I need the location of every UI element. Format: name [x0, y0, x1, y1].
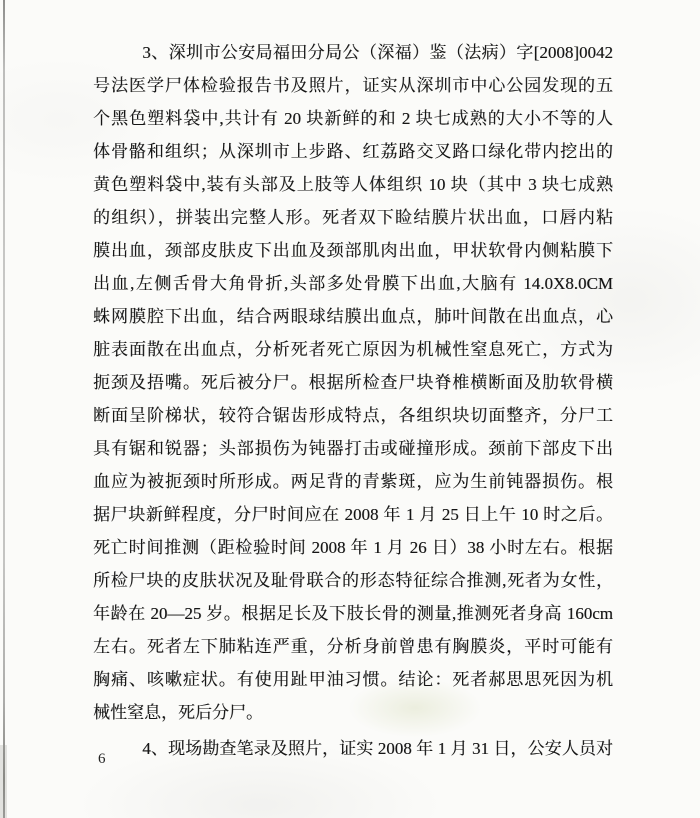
text-line: 出血,左侧舌骨大角骨折,头部多处骨膜下出血,大脑有 14.0X8.0CM [93, 267, 613, 300]
text-line: 左右。死者左下肺粘连严重，分析身前曾患有胸膜炎，平时可能有 [93, 630, 613, 663]
scan-edge-smudge [0, 745, 7, 818]
paragraph-item-3: 3、深圳市公安局福田分局公（深福）鉴（法病）字[2008]0042 号法医学尸体… [93, 36, 613, 729]
text-line: 4、现场勘查笔录及照片，证实 2008 年 1 月 31 日，公安人员对 [93, 732, 613, 765]
text-line: 血应为被扼颈时所形成。两足背的青紫斑，应为生前钝器损伤。根 [93, 465, 613, 498]
text-line: 的组织），拼装出完整人形。死者双下睑结膜片状出血，口唇内粘 [93, 201, 613, 234]
text-line: 脏表面散在出血点，分析死者死亡原因为机械性窒息死亡，方式为 [93, 333, 613, 366]
text-line: 断面呈阶梯状，较符合锯齿形成特点，各组织块切面整齐，分尸工 [93, 399, 613, 432]
text-line: 个黑色塑料袋中,共计有 20 块新鲜的和 2 块七成熟的大小不等的人 [93, 102, 613, 135]
text-line: 年龄在 20—25 岁。根据足长及下肢长骨的测量,推测死者身高 160cm [93, 597, 613, 630]
document-body: 3、深圳市公安局福田分局公（深福）鉴（法病）字[2008]0042 号法医学尸体… [93, 36, 613, 765]
scan-edge-line [3, 0, 5, 818]
text-line: 膜出血，颈部皮肤皮下出血及颈部肌肉出血，甲状软骨内侧粘膜下 [93, 234, 613, 267]
page-number: 6 [98, 751, 106, 768]
text-line: 号法医学尸体检验报告书及照片，证实从深圳市中心公园发现的五 [93, 69, 613, 102]
text-line: 胸痛、咳嗽症状。有使用趾甲油习惯。结论：死者郝思思死因为机 [93, 663, 613, 696]
text-line: 据尸块新鲜程度，分尸时间应在 2008 年 1 月 25 日上午 10 时之后。 [93, 498, 613, 531]
text-line: 体骨骼和组织；从深圳市上步路、红荔路交叉路口绿化带内挖出的 [93, 135, 613, 168]
paragraph-item-4: 4、现场勘查笔录及照片，证实 2008 年 1 月 31 日，公安人员对 [93, 732, 613, 765]
scanned-document-page: 3、深圳市公安局福田分局公（深福）鉴（法病）字[2008]0042 号法医学尸体… [0, 0, 700, 818]
text-line: 黄色塑料袋中,装有头部及上肢等人体组织 10 块（其中 3 块七成熟 [93, 168, 613, 201]
text-line: 所检尸块的皮肤状况及耻骨联合的形态特征综合推测,死者为女性， [93, 564, 613, 597]
text-line: 扼颈及捂嘴。死后被分尸。根据所检查尸块脊椎横断面及肋软骨横 [93, 366, 613, 399]
text-line: 死亡时间推测（距检验时间 2008 年 1 月 26 日）38 小时左右。根据 [93, 531, 613, 564]
text-line: 械性窒息，死后分尸。 [93, 696, 613, 729]
text-line: 3、深圳市公安局福田分局公（深福）鉴（法病）字[2008]0042 [93, 36, 613, 69]
text-line: 蛛网膜腔下出血，结合两眼球结膜出血点，肺叶间散在出血点，心 [93, 300, 613, 333]
text-line: 具有锯和锐器；头部损伤为钝器打击或碰撞形成。颈前下部皮下出 [93, 432, 613, 465]
